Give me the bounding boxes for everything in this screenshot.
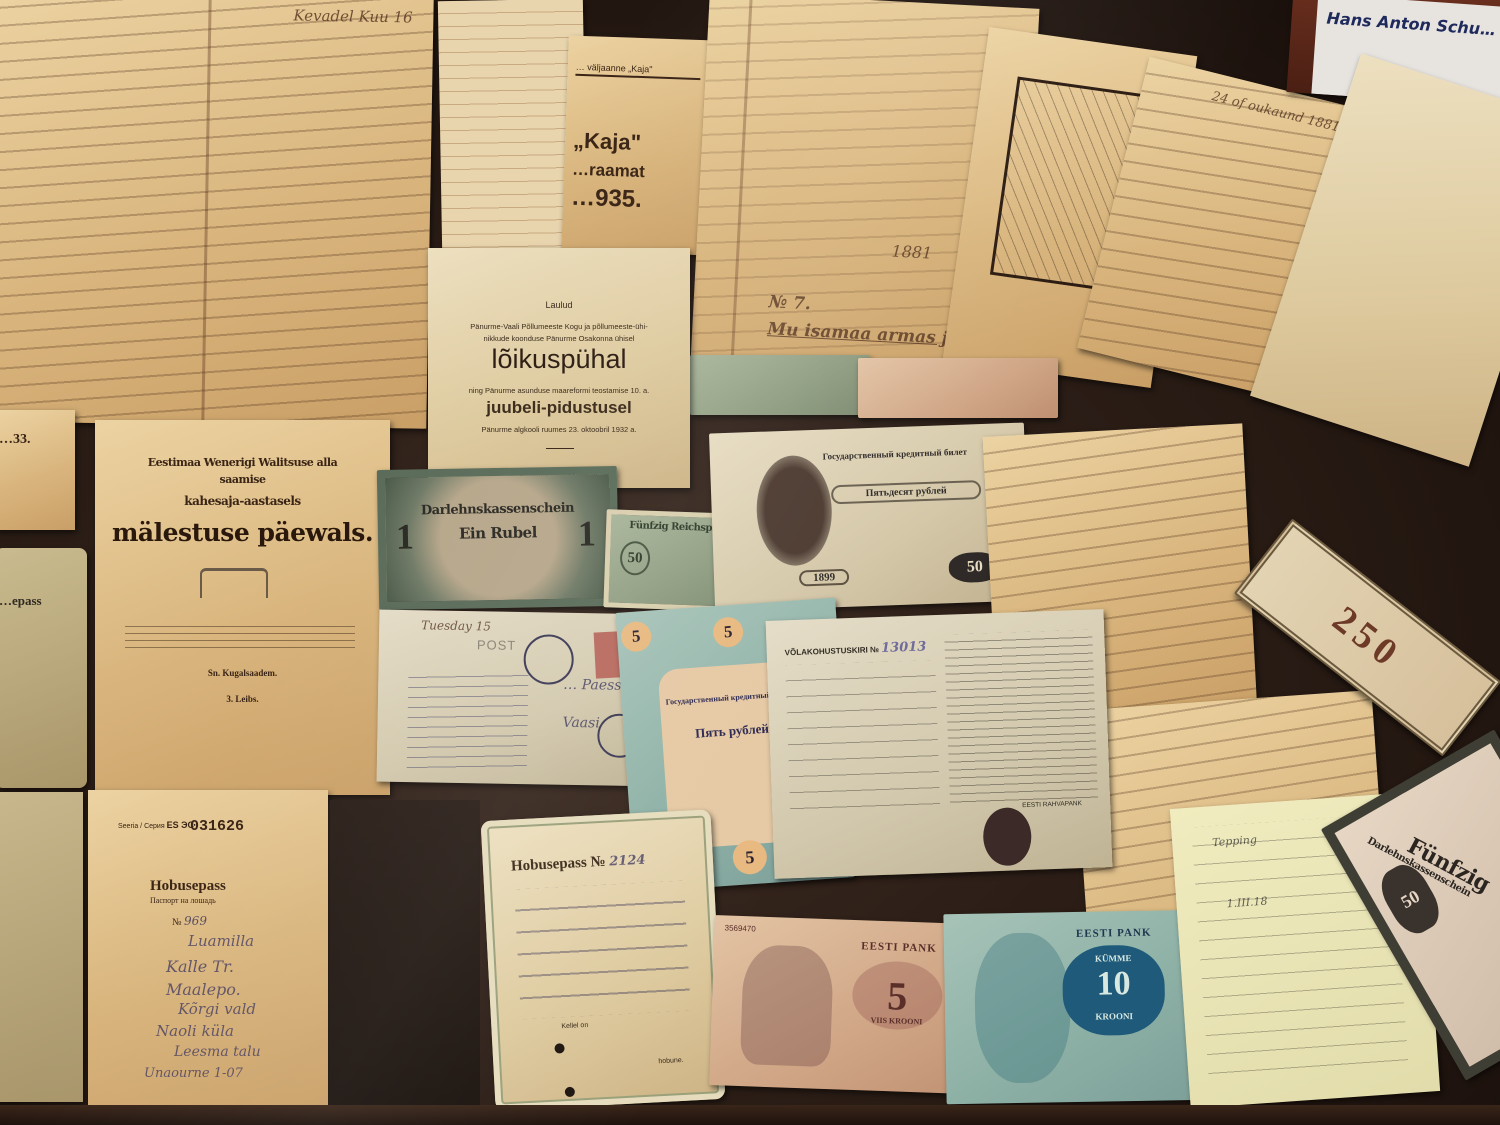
pass-title: Hobusepass: [150, 878, 226, 895]
handwriting-lines: [0, 0, 434, 429]
banknote-darlehnskassenschein-1-rubel: Darlehnskassenschein Ein Rubel 1 1: [377, 466, 619, 610]
kaja-booklet: … väljaanne „Kaja" „Kaja" …raamat …935.: [561, 35, 718, 255]
debt-certificate: VÕLAKOHUSTUSKIRI № 13013 EESTI RAHVAPANK: [766, 609, 1113, 879]
pass-number-prefix: №: [172, 917, 182, 928]
newspaper-headline: Hans Anton Schu…: [1326, 8, 1497, 39]
commemoration-pamphlet: Eestimaa Wenerigi Walitsuse alla saamise…: [95, 420, 390, 795]
kaja-title: „Kaja": [573, 128, 642, 156]
postcard-city: Vaasi: [562, 713, 600, 735]
pass-number: 969: [184, 914, 207, 928]
pamphlet-author: Sn. Kugalsaadem.: [95, 668, 390, 678]
wax-seal-icon: [982, 807, 1032, 867]
note-denomination-text: Ein Rubel: [386, 522, 610, 544]
leaflet-title: lõikuspühal: [428, 344, 690, 375]
horse-pass-031626: Seeria / Серия ES ЭС 031626 Hobusepass П…: [88, 790, 328, 1105]
note-denomination-top: KÜMME: [1062, 952, 1164, 964]
note-denomination-tl: 5: [620, 621, 652, 653]
note-denomination: 10: [1062, 964, 1165, 1004]
display-case-background: Kevadel Kuu 16 … väljaanne „Kaja" „Kaja"…: [0, 0, 1500, 1125]
horse-pass-2124: Hobusepass № 2124 Kellel on hobune.: [481, 809, 726, 1111]
leaflet-line4: Pänurme algkooli ruumes 23. oktoobril 19…: [428, 425, 690, 434]
note-denomination-left: 1: [396, 515, 415, 557]
village: Naoli küla: [156, 1020, 234, 1043]
leaflet-divider: [546, 448, 574, 449]
note-serial: 3569470: [724, 923, 755, 933]
pass-date: Unaourne 1-07: [144, 1064, 243, 1084]
pass-title: Hobusepass №: [511, 854, 606, 875]
case-bottom-edge: [0, 1105, 1500, 1125]
certificate-form-fields: [785, 660, 940, 815]
note-denomination-text: KROONI: [1063, 1010, 1165, 1022]
pass-footer-right: hobune.: [658, 1057, 684, 1065]
punch-hole-icon: [554, 1043, 565, 1054]
pamphlet-publisher: 3. Leibs.: [95, 694, 390, 704]
postcard-post-label: POST: [477, 637, 517, 653]
leaflet-line2: nikkude koonduse Pänurme Osakonna ühisel: [428, 334, 690, 343]
fragment-text: …epass: [0, 593, 42, 609]
owner-line1: Kalle Tr.: [166, 955, 234, 980]
banknote-eesti-pank-10-krooni: EESTI PANK KÜMME 10 KROONI: [943, 910, 1208, 1105]
portrait-figure: [740, 944, 834, 1067]
pass-footer-label: Kellel on: [561, 1022, 588, 1030]
kaja-top-line: … väljaanne „Kaja": [575, 62, 700, 80]
note-denomination-right: 1: [578, 512, 597, 554]
note-bank: EESTI PANK: [844, 940, 954, 956]
pamphlet-fine-print: [125, 620, 355, 650]
note-denomination-left: 50: [619, 541, 650, 576]
farm: Leesma talu: [174, 1042, 261, 1064]
pass-serial: 031626: [190, 818, 244, 835]
left-edge-fragment-top: …33.: [0, 410, 75, 530]
pamphlet-title: mälestuse päewals.: [95, 518, 390, 547]
pass-number: 2124: [609, 853, 646, 870]
postcard-message: [407, 668, 529, 770]
pamphlet-line3: kahesaja-aastasels: [95, 494, 390, 508]
note-title: Государственный кредитный билет: [820, 446, 970, 461]
handwritten-notebook-left: Kevadel Kuu 16: [0, 0, 434, 429]
kaja-subtitle: …raamat: [572, 160, 645, 183]
case-gap: [330, 800, 480, 1105]
note-bank: EESTI PANK: [1054, 926, 1174, 940]
note-year: 1899: [799, 569, 850, 587]
leaflet-line1: Pänurme-Vaali Põllumeeste Kogu ja põllum…: [428, 322, 690, 331]
certificate-signature: EESTI RAHVAPANK: [1022, 800, 1082, 809]
pass-handwritten-fields: [514, 881, 691, 1020]
horse-name: Luamilla: [188, 930, 254, 953]
certificate-title: VÕLAKOHUSTUSKIRI №: [785, 645, 880, 657]
harvest-festival-leaflet: Laulud Pänurme-Vaali Põllumeeste Kogu ja…: [428, 248, 690, 488]
note-denomination-text: Пятьдесят рублей: [831, 480, 982, 504]
banknote-fragment: [690, 355, 870, 415]
left-edge-horse-pass: …epass: [0, 548, 87, 788]
certificate-terms: [944, 630, 1098, 805]
fragment-text: …33.: [0, 432, 31, 448]
song-number: № 7.: [768, 292, 811, 314]
notebook-header: Kevadel Kuu 16: [293, 4, 413, 29]
banknote-imperial-50-ruble: Государственный кредитный билет Пятьдеся…: [709, 423, 1030, 612]
banknote-fragment: [858, 358, 1058, 418]
leaflet-line3: ning Pänurme asunduse maareformi teostam…: [428, 386, 690, 395]
series-label: Seeria / Серия: [118, 823, 165, 830]
ornament-drape-icon: [200, 568, 268, 598]
pamphlet-line2: saamise: [95, 473, 390, 486]
portrait-figure: [974, 932, 1072, 1084]
portrait-oval: [755, 454, 834, 567]
leaflet-heading: Laulud: [428, 300, 690, 310]
kaja-year: …935.: [571, 184, 643, 214]
left-edge-fragment-bottom: [0, 792, 83, 1102]
note-denomination-tr: 5: [712, 616, 744, 648]
postcard-header: Tuesday 15: [421, 616, 491, 636]
parish: Kõrgi vald: [178, 998, 256, 1021]
punch-hole-icon: [565, 1087, 576, 1098]
note-title: Darlehnskassenschein: [385, 500, 609, 519]
leaflet-subtitle: juubeli-pidustusel: [428, 398, 690, 418]
certificate-number: 13013: [881, 639, 927, 656]
pamphlet-line1: Eestimaa Wenerigi Walitsuse alla: [95, 456, 390, 469]
pass-title-ru: Паспорт на лошадь: [150, 896, 216, 905]
note-denomination-bottom: 5: [732, 839, 768, 875]
song-date: 1881: [891, 239, 933, 266]
